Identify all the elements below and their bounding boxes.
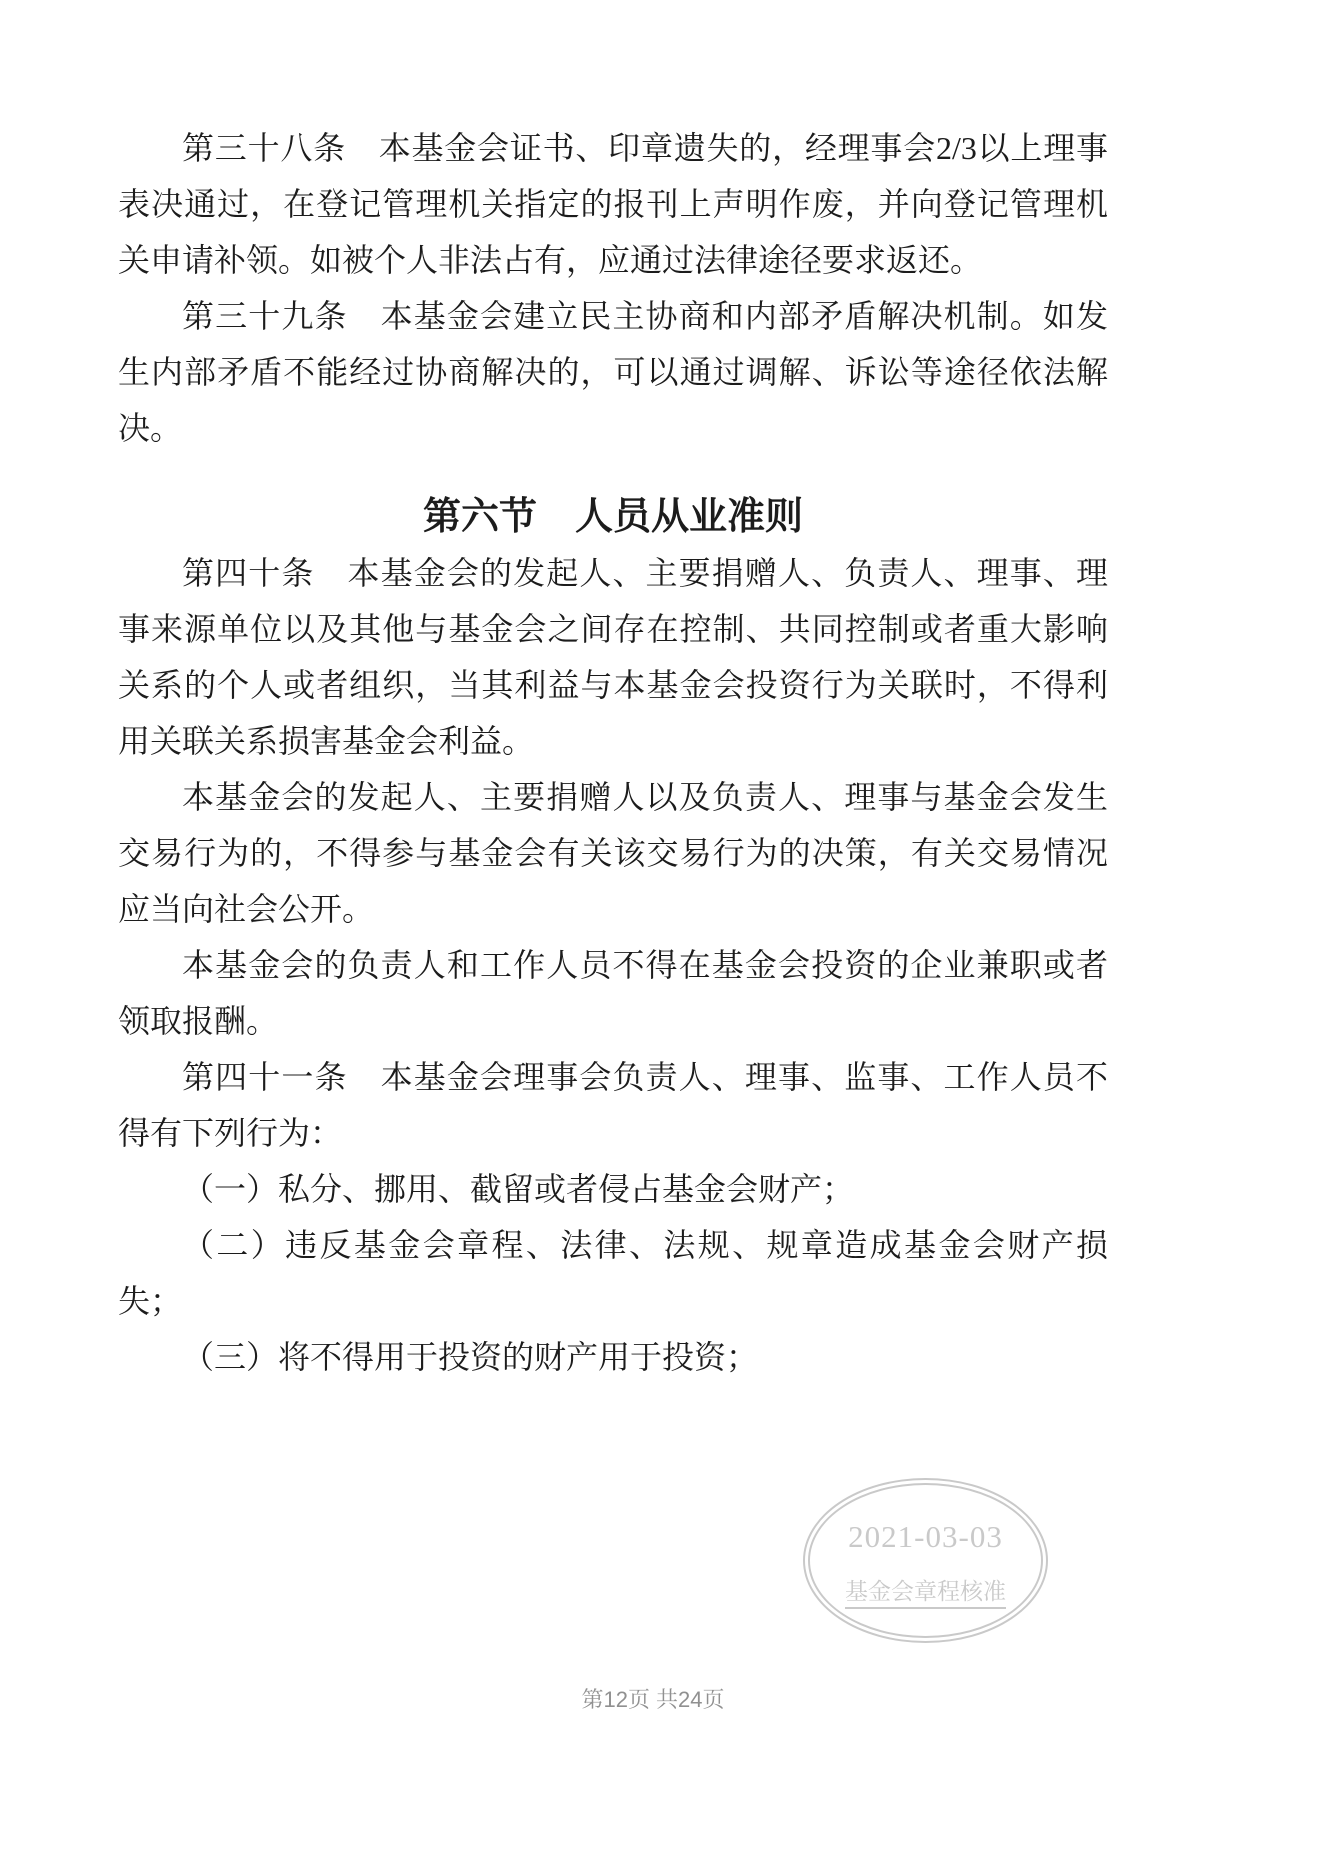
paragraph: 本基金会的发起人、主要捐赠人以及负责人、理事与基金会发生交易行为的，不得参与基金… (118, 769, 1108, 937)
page-footer: 第12页 共24页 (0, 1686, 1306, 1714)
paragraph: （三）将不得用于投资的财产用于投资； (118, 1329, 1108, 1385)
stamp-date: 2021-03-03 (848, 1520, 1003, 1554)
paragraph: （二）违反基金会章程、法律、法规、规章造成基金会财产损失； (118, 1217, 1108, 1329)
document-page: 第三十八条 本基金会证书、印章遗失的，经理事会2/3以上理事表决通过，在登记管理… (0, 0, 1322, 1869)
paragraph-group-before-heading: 第三十八条 本基金会证书、印章遗失的，经理事会2/3以上理事表决通过，在登记管理… (118, 120, 1108, 456)
stamp-label: 基金会章程核准 (845, 1579, 1006, 1609)
paragraph: （一）私分、挪用、截留或者侵占基金会财产； (118, 1161, 1108, 1217)
paragraph: 第四十一条 本基金会理事会负责人、理事、监事、工作人员不得有下列行为： (118, 1049, 1108, 1161)
paragraph-group-after-heading: 第四十条 本基金会的发起人、主要捐赠人、负责人、理事、理事来源单位以及其他与基金… (118, 545, 1108, 1385)
paragraph: 第三十八条 本基金会证书、印章遗失的，经理事会2/3以上理事表决通过，在登记管理… (118, 120, 1108, 288)
paragraph: 本基金会的负责人和工作人员不得在基金会投资的企业兼职或者领取报酬。 (118, 937, 1108, 1049)
document-body: 第三十八条 本基金会证书、印章遗失的，经理事会2/3以上理事表决通过，在登记管理… (118, 120, 1108, 1385)
stamp-text: 2021-03-03 基金会章程核准 (803, 1478, 1048, 1643)
section-heading: 第六节 人员从业准则 (118, 489, 1108, 545)
approval-stamp: 2021-03-03 基金会章程核准 (803, 1478, 1048, 1643)
paragraph: 第三十九条 本基金会建立民主协商和内部矛盾解决机制。如发生内部矛盾不能经过协商解… (118, 288, 1108, 456)
paragraph: 第四十条 本基金会的发起人、主要捐赠人、负责人、理事、理事来源单位以及其他与基金… (118, 545, 1108, 769)
